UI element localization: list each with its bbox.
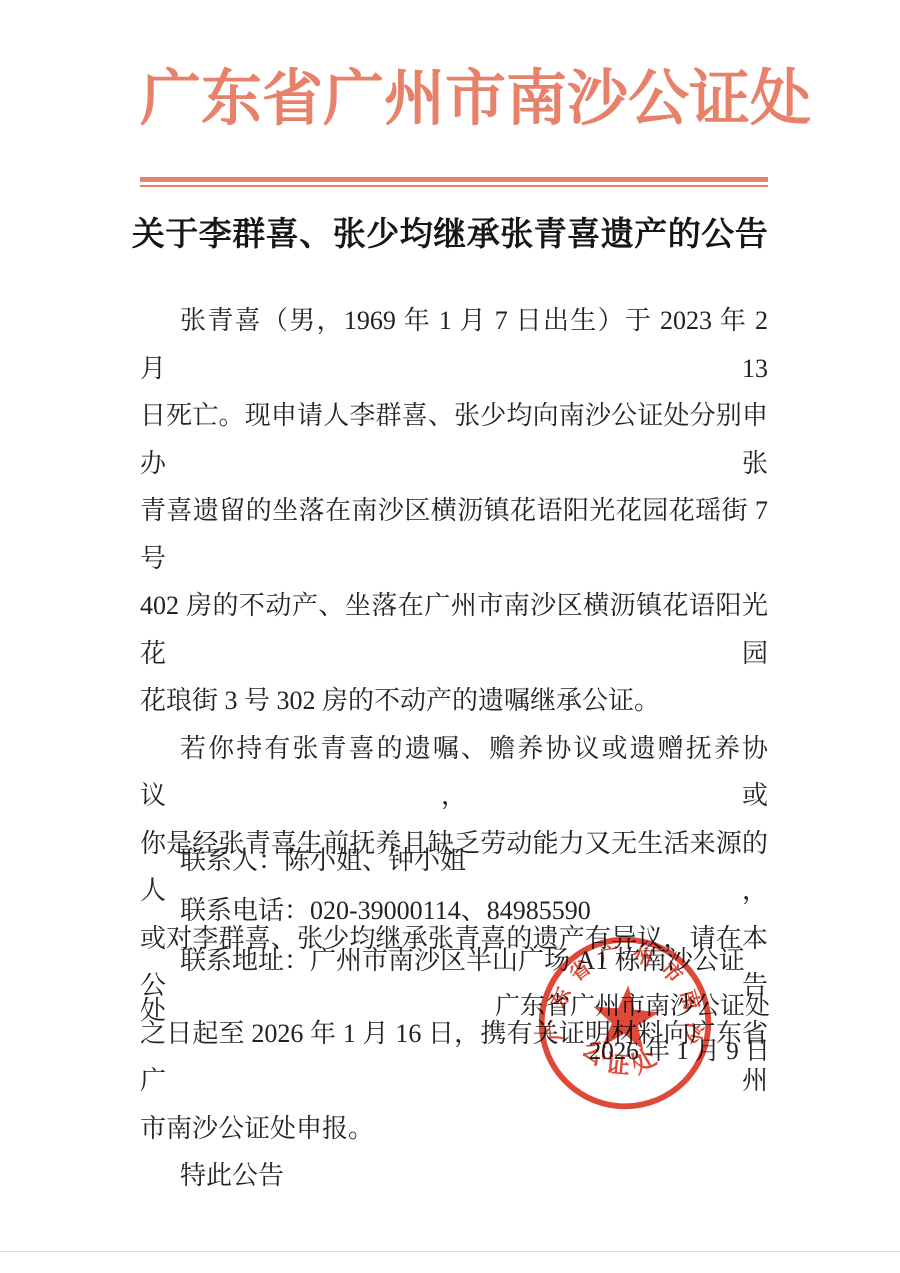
- svg-text:公证处: 公证处: [575, 1034, 669, 1083]
- scan-bottom-edge-line: [0, 1251, 900, 1252]
- notice-document-page: 广东省广州市南沙公证处 关于李群喜、张少均继承张青喜遗产的公告 张青喜（男，19…: [0, 0, 900, 1273]
- notice-title: 关于李群喜、张少均继承张青喜遗产的公告: [0, 208, 900, 255]
- contact-person-line: 联系人：陈小姐、钟小姐: [140, 836, 768, 886]
- seal-bottom-text: 公证处: [575, 1034, 669, 1083]
- paragraph-line: 青喜遗留的坐落在南沙区横沥镇花语阳光花园花瑶街 7 号: [140, 487, 768, 582]
- paragraph-line: 若你持有张青喜的遗嘱、赡养协议或遗赠抚养协议，或: [140, 725, 768, 820]
- org-header-title: 广东省广州市南沙公证处: [140, 62, 768, 138]
- paragraph-line: 花琅街 3 号 302 房的不动产的遗嘱继承公证。: [140, 677, 768, 725]
- closing-line: 特此公告: [140, 1152, 768, 1200]
- official-seal: 广东省广州市南沙 公证处: [525, 923, 724, 1122]
- contact-phone-line: 联系电话：020-39000114、84985590: [140, 886, 768, 936]
- paragraph-line: 日死亡。现申请人李群喜、张少均向南沙公证处分别申办张: [140, 392, 768, 487]
- paragraph-line: 张青喜（男，1969 年 1 月 7 日出生）于 2023 年 2 月 13: [140, 297, 768, 392]
- header-divider-rule: [140, 177, 768, 187]
- paragraph-line: 402 房的不动产、坐落在广州市南沙区横沥镇花语阳光花园: [140, 582, 768, 677]
